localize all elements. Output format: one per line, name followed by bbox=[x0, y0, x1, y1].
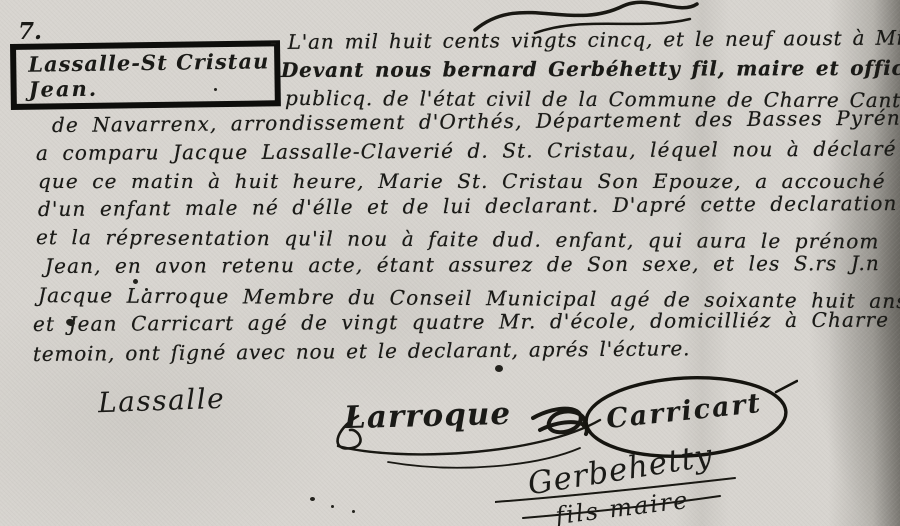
margin-name-line1: Lassalle-St Cristau bbox=[28, 48, 274, 76]
ink-speck bbox=[214, 88, 217, 91]
ink-speck bbox=[495, 365, 503, 372]
scanned-document: 7. Lassalle-St Cristau Jean. - L'an mil … bbox=[0, 0, 900, 526]
body-line-8: et la répresentation qu'il nou à faite d… bbox=[36, 225, 880, 253]
body-line-5: a comparu Jacque Lassalle-Claverié d. St… bbox=[36, 136, 897, 165]
signature-larroque-text: Larroque bbox=[344, 396, 512, 436]
body-line-7: d'un enfant male né d'élle et de lui dec… bbox=[38, 191, 898, 221]
ink-speck bbox=[145, 288, 148, 291]
body-line-1: - L'an mil huit cents vingts cincq, et l… bbox=[270, 25, 900, 54]
ink-speck bbox=[310, 497, 315, 501]
ink-speck bbox=[352, 510, 355, 513]
margin-name-box: Lassalle-St Cristau Jean. bbox=[10, 40, 281, 110]
margin-name-line2: Jean. bbox=[28, 73, 274, 101]
body-line-2: Devant nous bernard Gerbéhetty fil, mair… bbox=[281, 56, 900, 82]
margin-entry-number: 7. bbox=[18, 18, 42, 45]
ink-speck bbox=[133, 279, 138, 284]
body-line-4: de Navarrenx, arrondissement d'Orthés, D… bbox=[52, 105, 900, 137]
signature-gerbehetty: Gerbehetty fils maire bbox=[495, 452, 745, 526]
body-line-11: et Jean Carricart agé de vingt quatre Mr… bbox=[33, 308, 889, 336]
body-line-6: que ce matin à huit heure, Marie St. Cri… bbox=[38, 169, 886, 193]
body-line-9: Jean, en avon retenu acte, étant assurez… bbox=[45, 251, 880, 278]
body-line-12: temoin, ont ſigné avec nou et le declara… bbox=[33, 336, 690, 366]
ink-speck bbox=[331, 505, 334, 508]
signature-lassalle: Lassalle bbox=[97, 382, 225, 419]
